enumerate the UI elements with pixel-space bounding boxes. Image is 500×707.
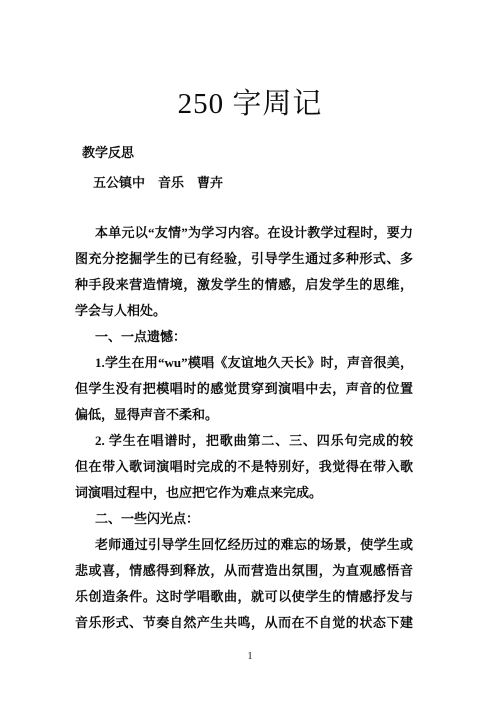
text-line: 老师通过引导学生回忆经历过的难忘的场景，使学生或	[75, 532, 413, 558]
paragraph: 本单元以“友情”为学习内容。在设计教学过程时，要力图充分挖掘学生的已有经验，引导…	[75, 220, 413, 324]
paragraph: 一、一点遗憾：	[75, 324, 413, 350]
text-line: 乐创造条件。这时学唱歌曲，就可以使学生的情感抒发与	[75, 584, 413, 610]
text-line: 悲或喜，情感得到释放，从而营造出氛围，为直观感悟音	[75, 558, 413, 584]
text-line: 图充分挖掘学生的已有经验，引导学生通过多种形式、多	[75, 246, 413, 272]
paragraph: 1.学生在用“wu”模唱《友谊地久天长》时，声音很美，但学生没有把模唱时的感觉贯…	[75, 350, 413, 428]
text-line: 但学生没有把模唱时的感觉贯穿到演唱中去，声音的位置	[75, 376, 413, 402]
text-line: 二、一些闪光点：	[75, 506, 413, 532]
text-line: 偏低，显得声音不柔和。	[75, 402, 413, 428]
text-line: 1.学生在用“wu”模唱《友谊地久天长》时，声音很美，	[75, 350, 413, 376]
paragraph: 二、一些闪光点：	[75, 506, 413, 532]
text-line: 本单元以“友情”为学习内容。在设计教学过程时，要力	[75, 220, 413, 246]
byline-author: 五公镇中 音乐 曹卉	[93, 174, 223, 192]
text-line: 学会与人相处。	[75, 298, 413, 324]
text-line: 但在带入歌词演唱时完成的不是特别好，我觉得在带入歌	[75, 454, 413, 480]
document-page: 250 字周记 教学反思 五公镇中 音乐 曹卉 本单元以“友情”为学习内容。在设…	[0, 0, 500, 707]
text-line: 词演唱过程中，也应把它作为难点来完成。	[75, 480, 413, 506]
document-body: 本单元以“友情”为学习内容。在设计教学过程时，要力图充分挖掘学生的已有经验，引导…	[75, 220, 413, 636]
text-line: 2. 学生在唱谱时，把歌曲第二、三、四乐句完成的较好，	[75, 428, 413, 454]
document-title: 250 字周记	[0, 86, 500, 122]
page-number: 1	[0, 650, 500, 664]
byline-label: 教学反思	[82, 144, 134, 162]
text-line: 种手段来营造情境，激发学生的情感，启发学生的思维，	[75, 272, 413, 298]
text-line: 一、一点遗憾：	[75, 324, 413, 350]
text-line: 音乐形式、节奏自然产生共鸣，从而在不自觉的状态下建	[75, 610, 413, 636]
paragraph: 老师通过引导学生回忆经历过的难忘的场景，使学生或悲或喜，情感得到释放，从而营造出…	[75, 532, 413, 636]
paragraph: 2. 学生在唱谱时，把歌曲第二、三、四乐句完成的较好，但在带入歌词演唱时完成的不…	[75, 428, 413, 506]
